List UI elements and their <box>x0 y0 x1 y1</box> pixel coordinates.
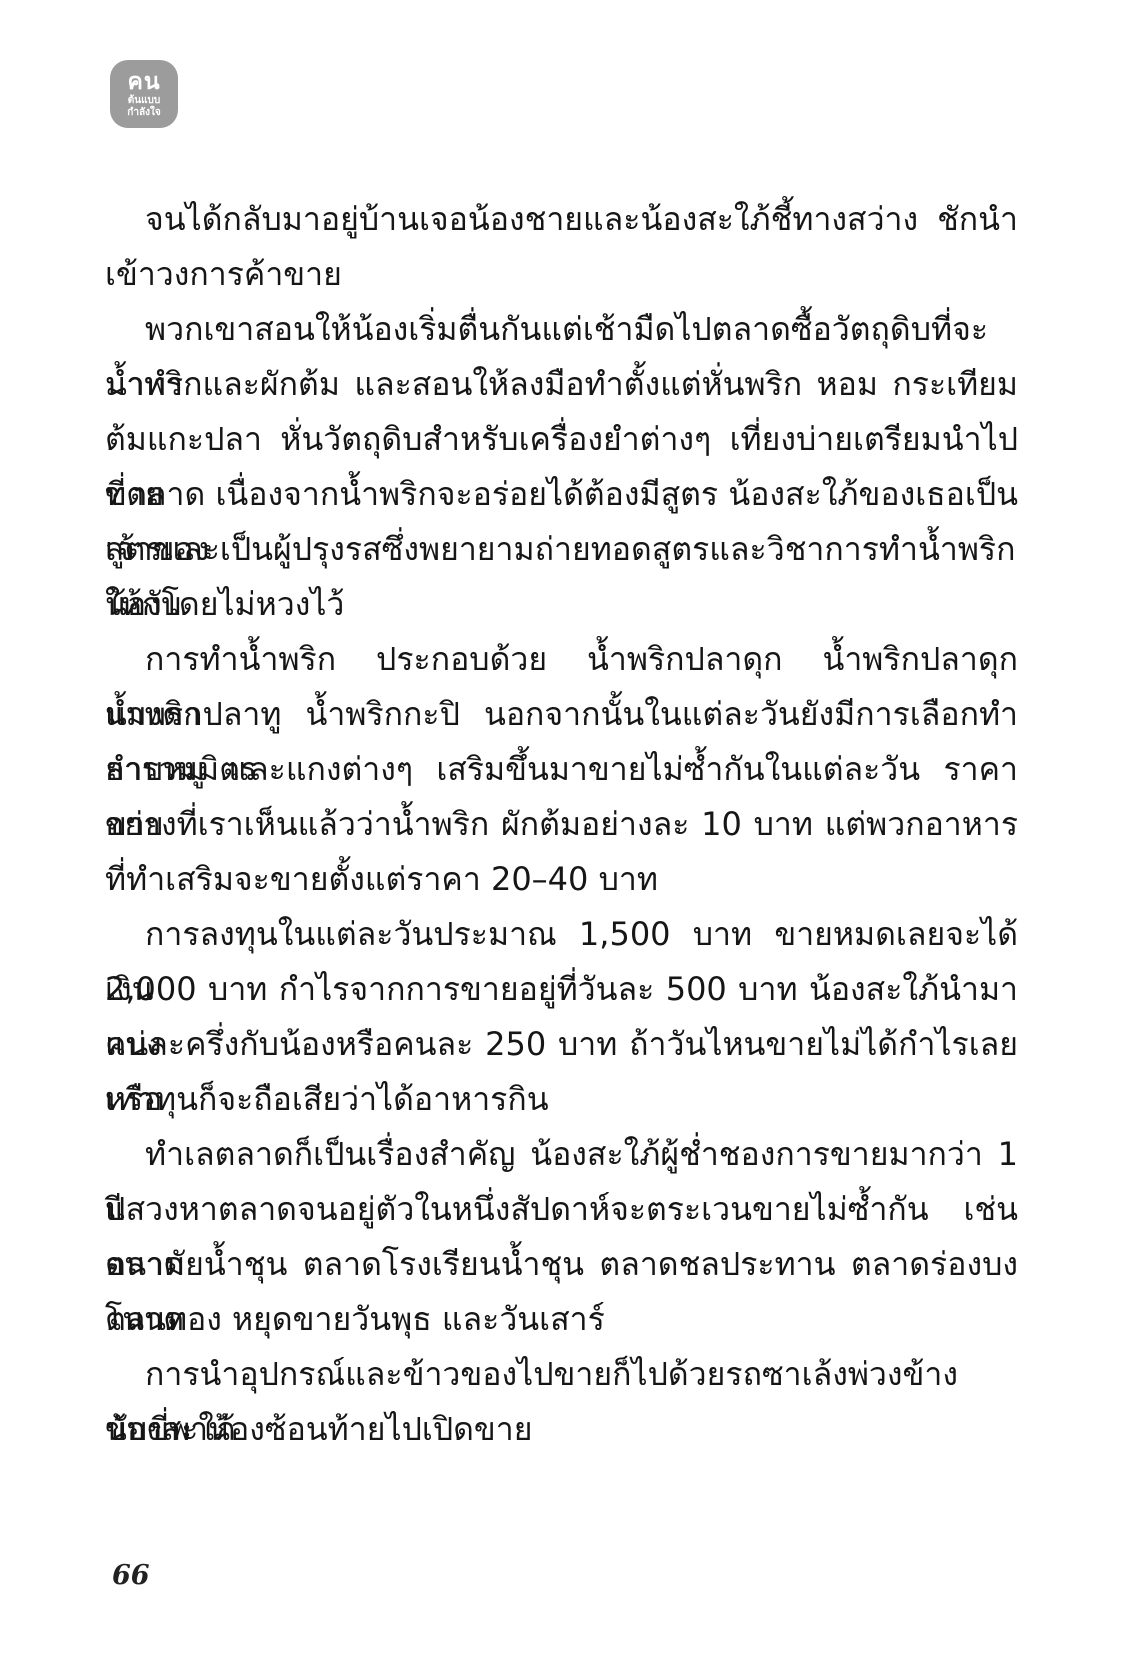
text-line: สูตรและเป็นผู้ปรุงรสซึ่งพยายามถ่ายทอดสูต… <box>105 522 1018 577</box>
text-line: ที่ทำเสริมจะขายตั้งแต่ราคา 20–40 บาท <box>105 852 1018 907</box>
text-line: 2,000 บาท กำไรจากการขายอยู่ที่วันละ 500 … <box>105 962 1018 1017</box>
text-line: น้ำพริกปลาทู น้ำพริกกะปิ นอกจากนั้นในแต่… <box>105 687 1018 742</box>
text-line: อย่างที่เราเห็นแล้วว่าน้ำพริก ผักต้มอย่า… <box>105 797 1018 852</box>
text-line: คนละครึ่งกับน้องหรือคนละ 250 บาท ถ้าวันไ… <box>105 1017 1018 1072</box>
text-line: พวกเขาสอนให้น้องเริ่มตื่นกันแต่เช้ามืดไป… <box>105 302 1018 357</box>
logo-text-sub1: ต้นแบบ <box>128 96 160 106</box>
text-line: เข้าวงการค้าขาย <box>105 247 1018 302</box>
text-line: ทำเลตลาดก็เป็นเรื่องสำคัญ น้องสะใภ้ผู้ช่… <box>105 1127 1018 1182</box>
text-line: ขับขี่พาน้องซ้อนท้ายไปเปิดขาย <box>105 1402 1018 1457</box>
text-line: เท่าทุนก็จะถือเสียว่าได้อาหารกิน <box>105 1072 1018 1127</box>
text-line: อนามัยน้ำชุน ตลาดโรงเรียนน้ำชุน ตลาดชลปร… <box>105 1237 1018 1292</box>
text-line: โนนทอง หยุดขายวันพุธ และวันเสาร์ <box>105 1292 1018 1347</box>
book-page: คน ต้นแบบ กำลังใจ จนได้กลับมาอยู่บ้านเจอ… <box>0 0 1126 1654</box>
text-line: น้องโดยไม่หวงไว้ <box>105 577 1018 632</box>
text-line: ที่ตลาด เนื่องจากน้ำพริกจะอร่อยได้ต้องมี… <box>105 467 1018 522</box>
text-line: การนำอุปกรณ์และข้าวของไปขายก็ไปด้วยรถซาเ… <box>105 1347 1018 1402</box>
body-text: จนได้กลับมาอยู่บ้านเจอน้องชายและน้องสะใภ… <box>105 192 1018 1457</box>
text-line: จนได้กลับมาอยู่บ้านเจอน้องชายและน้องสะใภ… <box>105 192 1018 247</box>
text-line: น้ำพริกและผักต้ม และสอนให้ลงมือทำตั้งแต่… <box>105 357 1018 412</box>
text-line: การลงทุนในแต่ละวันประมาณ 1,500 บาท ขายหม… <box>105 907 1018 962</box>
page-number: 66 <box>112 1560 150 1591</box>
text-line: แสวงหาตลาดจนอยู่ตัวในหนึ่งสัปดาห์จะตระเว… <box>105 1182 1018 1237</box>
publisher-logo-badge: คน ต้นแบบ กำลังใจ <box>110 60 178 128</box>
logo-text-main: คน <box>127 71 160 94</box>
text-line: ลาบหมู และแกงต่างๆ เสริมขึ้นมาขายไม่ซ้ำก… <box>105 742 1018 797</box>
text-line: การทำน้ำพริก ประกอบด้วย น้ำพริกปลาดุก น้… <box>105 632 1018 687</box>
text-line: ต้มแกะปลา หั่นวัตถุดิบสำหรับเครื่องยำต่า… <box>105 412 1018 467</box>
logo-text-sub2: กำลังใจ <box>127 108 160 118</box>
